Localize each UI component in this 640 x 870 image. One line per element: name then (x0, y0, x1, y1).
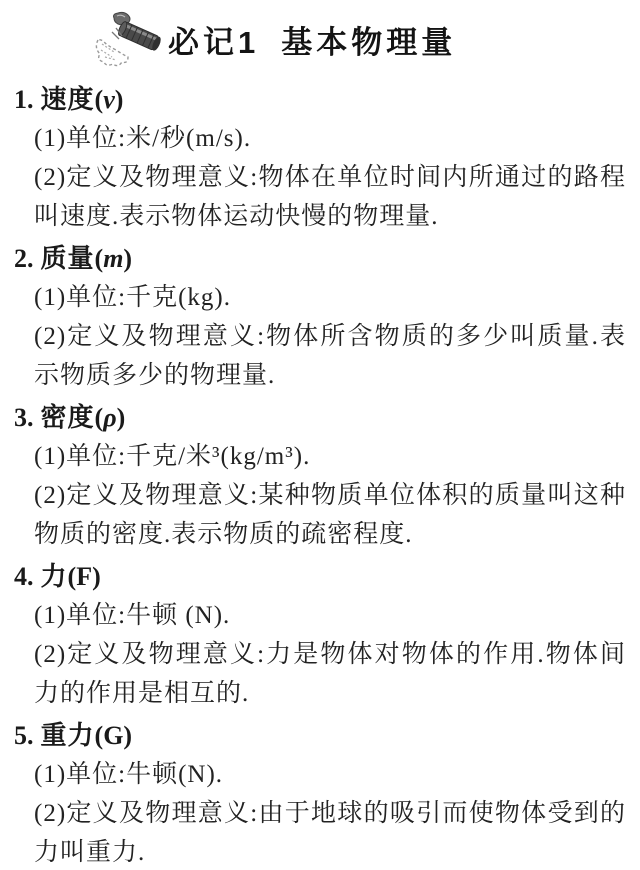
section-heading: 3.密度ρ (14, 398, 628, 437)
section-speed: 1.速度v (1)单位:米/秒(m/s). (2)定义及物理意义:物体在单位时间… (0, 80, 632, 236)
pencil-sketch-icon (92, 10, 162, 68)
title-text: 基本物理量 (281, 25, 456, 60)
section-number: 5. (14, 721, 34, 750)
section-symbol: m (95, 244, 133, 273)
section-heading: 2.质量m (14, 239, 628, 278)
page-title: 必记1基本物理量 (168, 17, 456, 62)
section-heading: 4.力F (14, 557, 628, 596)
section-heading: 1.速度v (14, 80, 628, 119)
body-line: (1)单位:牛顿(N). (34, 755, 626, 794)
section-term: 密度 (41, 403, 95, 432)
document-page: 必记1基本物理量 1.速度v (1)单位:米/秒(m/s). (2)定义及物理意… (0, 0, 640, 870)
title-badge: 必记1 (168, 25, 259, 60)
section-number: 4. (14, 562, 34, 591)
body-line: (2)定义及物理意义:物体所含物质的多少叫质量.表示物质多少的物理量. (34, 317, 626, 395)
body-line: (2)定义及物理意义:某种物质单位体积的质量叫这种物质的密度.表示物质的疏密程度… (34, 476, 626, 554)
section-term: 质量 (41, 244, 95, 273)
section-number: 2. (14, 244, 34, 273)
section-term: 力 (41, 562, 68, 591)
section-heading: 5.重力G (14, 716, 628, 755)
section-symbol: G (95, 721, 133, 750)
section-symbol: v (95, 85, 124, 114)
body-line: (1)单位:千克(kg). (34, 278, 626, 317)
body-line: (2)定义及物理意义:由于地球的吸引而使物体受到的力叫重力. (34, 794, 626, 870)
section-density: 3.密度ρ (1)单位:千克/米³(kg/m³). (2)定义及物理意义:某种物… (0, 398, 632, 554)
section-term: 速度 (41, 85, 95, 114)
section-mass: 2.质量m (1)单位:千克(kg). (2)定义及物理意义:物体所含物质的多少… (0, 239, 632, 395)
section-symbol: F (68, 562, 101, 591)
body-line: (1)单位:米/秒(m/s). (34, 119, 626, 158)
section-symbol: ρ (95, 403, 126, 432)
section-force: 4.力F (1)单位:牛顿 (N). (2)定义及物理意义:力是物体对物体的作用… (0, 557, 632, 713)
section-term: 重力 (41, 721, 95, 750)
section-number: 1. (14, 85, 34, 114)
section-gravity: 5.重力G (1)单位:牛顿(N). (2)定义及物理意义:由于地球的吸引而使物… (0, 716, 632, 870)
body-line: (2)定义及物理意义:力是物体对物体的作用.物体间力的作用是相互的. (34, 635, 626, 713)
body-line: (2)定义及物理意义:物体在单位时间内所通过的路程叫速度.表示物体运动快慢的物理… (34, 158, 626, 236)
page-header: 必记1基本物理量 (92, 8, 632, 70)
section-number: 3. (14, 403, 34, 432)
body-line: (1)单位:千克/米³(kg/m³). (34, 437, 626, 476)
body-line: (1)单位:牛顿 (N). (34, 596, 626, 635)
